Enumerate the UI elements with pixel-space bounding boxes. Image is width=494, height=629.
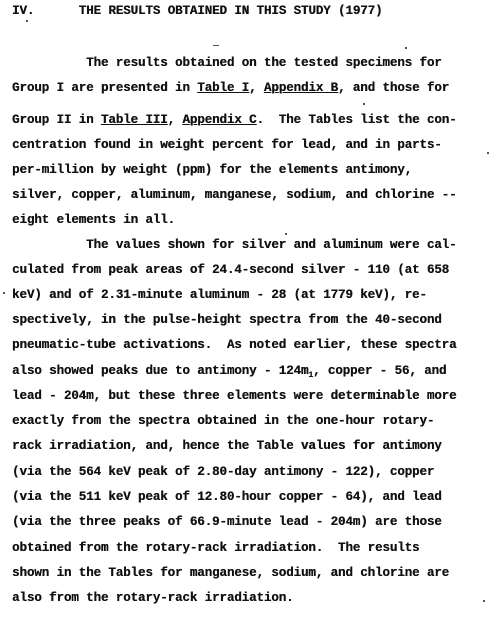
paragraph-1-line-6: silver, copper, aluminum, manganese, sod… [12, 187, 456, 203]
section-number: IV. [12, 4, 34, 18]
paragraph-2-line-6: also showed peaks due to antimony - 124m… [12, 363, 446, 384]
scan-speck [3, 292, 5, 294]
table-i-link: Table I [197, 81, 249, 95]
paragraph-2-line-12: (via the three peaks of 66.9-minute lead… [12, 514, 442, 530]
paragraph-2-line-2: culated from peak areas of 24.4-second s… [12, 262, 449, 278]
paragraph-2-line-14: shown in the Tables for manganese, sodiu… [12, 565, 449, 581]
paragraph-2-line-9: rack irradiation, and, hence the Table v… [12, 438, 442, 454]
paragraph-1-line-7: eight elements in all. [12, 212, 175, 228]
paragraph-1-line-3: Group II in Table III, Appendix C. The T… [12, 112, 456, 128]
paragraph-1-line-4: centration found in weight percent for l… [12, 137, 442, 153]
section-heading: IV. THE RESULTS OBTAINED IN THIS STUDY (… [12, 3, 382, 19]
appendix-b-link: Appendix B [264, 81, 338, 95]
scan-speck [405, 47, 407, 49]
paragraph-2-line-10: (via the 564 keV peak of 2.80-day antimo… [12, 464, 434, 480]
paragraph-1-line-1: The results obtained on the tested speci… [12, 55, 442, 71]
section-title: THE RESULTS OBTAINED IN THIS STUDY (1977… [79, 4, 383, 18]
appendix-c-link: Appendix C [182, 113, 256, 127]
table-iii-link: Table III [101, 113, 168, 127]
paragraph-2-line-15: also from the rotary-rack irradiation. [12, 590, 294, 606]
paragraph-1-line-2: Group I are presented in Table I, Append… [12, 80, 449, 96]
scan-speck [213, 45, 219, 46]
paragraph-2-line-13: obtained from the rotary-rack irradiatio… [12, 540, 419, 556]
paragraph-2-line-11: (via the 511 keV peak of 12.80-hour copp… [12, 489, 442, 505]
paragraph-2-line-8: exactly from the spectra obtained in the… [12, 413, 434, 429]
paragraph-2-line-5: pneumatic-tube activations. As noted ear… [12, 337, 456, 353]
scan-speck [285, 233, 287, 235]
scan-speck [483, 600, 485, 602]
document-page: IV. THE RESULTS OBTAINED IN THIS STUDY (… [0, 0, 494, 629]
paragraph-2-line-4: spectively, in the pulse-height spectra … [12, 312, 442, 328]
paragraph-2-line-1: The values shown for silver and aluminum… [12, 237, 456, 253]
scan-speck [487, 152, 489, 154]
paragraph-2-line-7: lead - 204m, but these three elements we… [12, 388, 456, 404]
paragraph-1-line-5: per-million by weight (ppm) for the elem… [12, 162, 412, 178]
paragraph-2-line-3: keV) and of 2.31-minute aluminum - 28 (a… [12, 287, 427, 303]
scan-speck [26, 20, 28, 22]
scan-speck [363, 103, 365, 105]
